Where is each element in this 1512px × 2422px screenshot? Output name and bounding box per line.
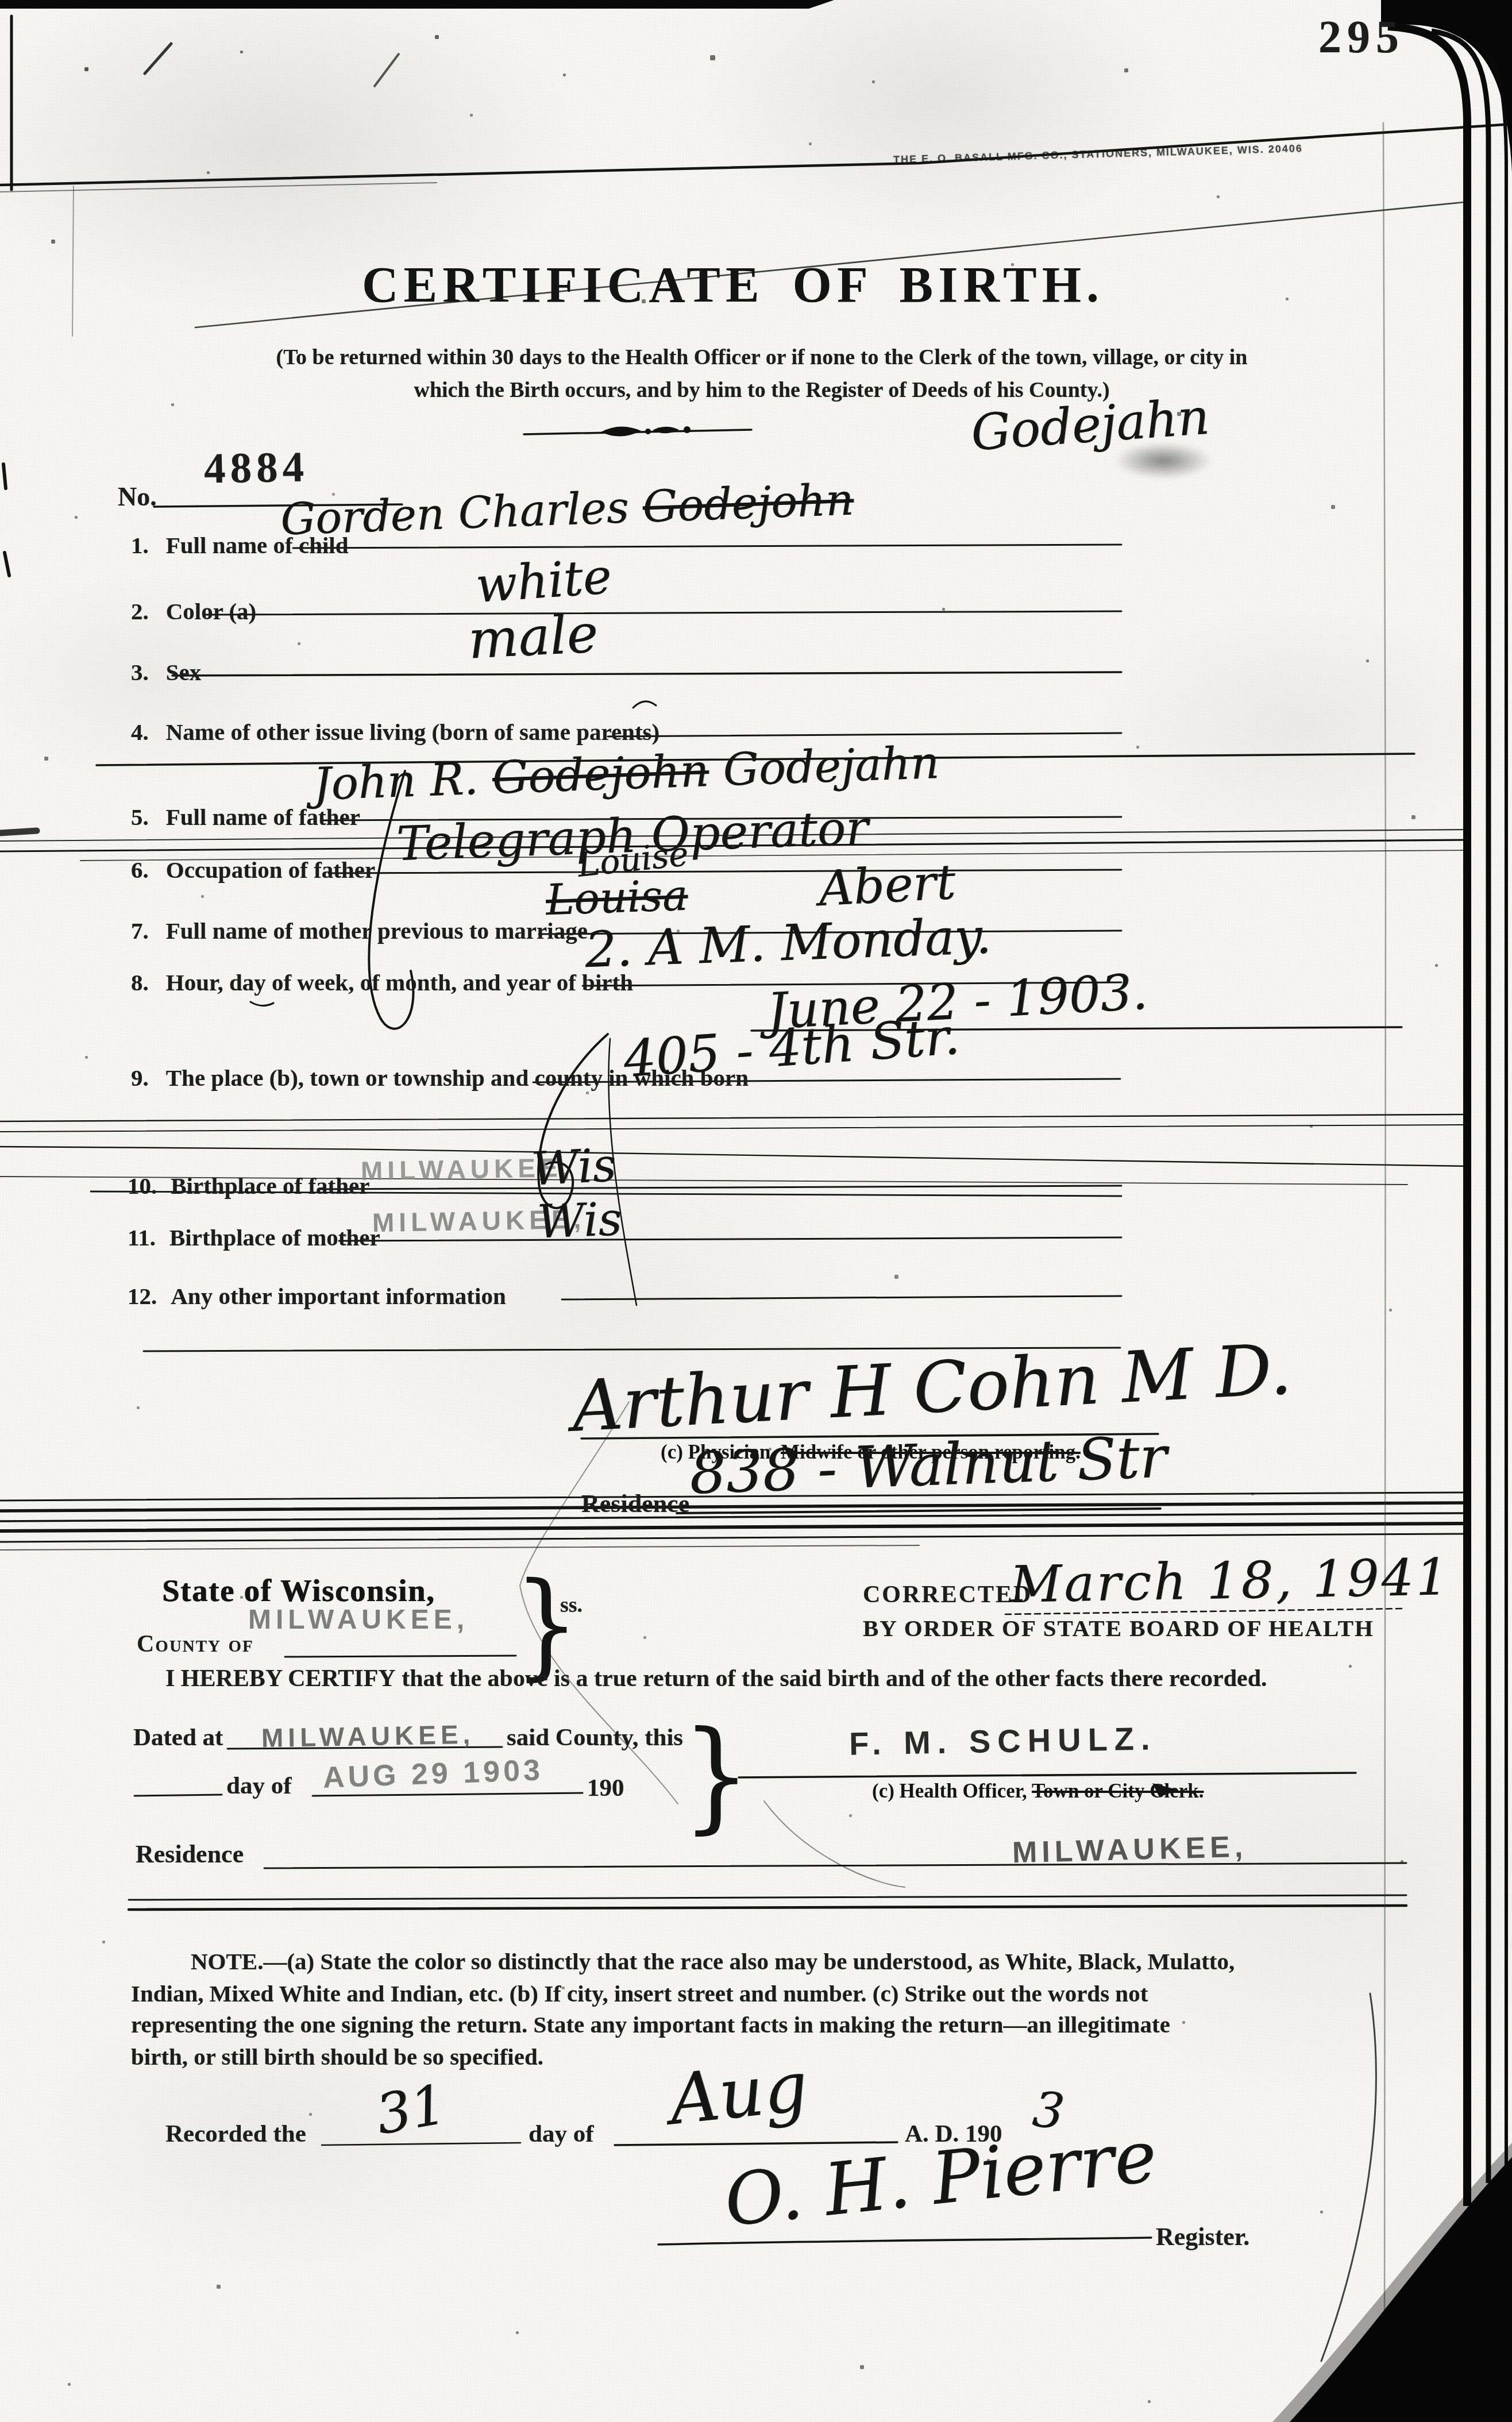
field-number: 3. (131, 658, 149, 686)
underline-item-6 (329, 870, 1121, 873)
page-fold-line (1383, 123, 1386, 2361)
county-label: County of (137, 1630, 254, 1658)
recorded-day-handwriting: 31 (371, 2073, 450, 2147)
year-prefix: 190 (587, 1774, 624, 1802)
field-text: Hour, day of week, of month, and year of… (166, 969, 633, 996)
health-officer-caption-struck: Town or City Clerk. (1032, 1780, 1204, 1802)
field-label-other-information: 12.Any other important information (128, 1282, 506, 1310)
health-officer-caption: (c) Health Officer, Town or City Clerk. (872, 1780, 1204, 1803)
child-surname-struck: Godejohn (642, 474, 854, 533)
residence-2-stamp: MILWAUKEE, (1012, 1830, 1248, 1871)
underline-recorded-month (615, 2142, 897, 2145)
recorded-day-of-label: day of (529, 2120, 593, 2148)
father-surname-struck: Godejohn (491, 745, 709, 804)
field-label-sex: 3.Sex (131, 658, 201, 686)
mother-maiden-name-handwriting: Abert (817, 854, 957, 917)
certify-bold: I HEREBY CERTIFY (165, 1665, 396, 1692)
underline-item-12 (562, 1296, 1121, 1299)
no-label: No. (118, 481, 157, 512)
field-label-color: 2.Color (a) (131, 597, 256, 625)
field-number: 12. (128, 1282, 157, 1310)
underline-item-10 (321, 1186, 1121, 1189)
underline-item-1 (293, 545, 1121, 548)
field-number: 9. (131, 1064, 149, 1092)
underline-item-11 (339, 1237, 1121, 1241)
field-text: Color (a) (166, 598, 257, 624)
underline-physician-residence (677, 1509, 1160, 1513)
note-line-3: representing the one signing the return.… (131, 2011, 1170, 2038)
field-number: 7. (131, 917, 149, 944)
underline-county (285, 1656, 516, 1657)
double-rule (129, 1895, 1406, 1910)
field-label-father-birthplace: 10.Birthplace of father (128, 1172, 369, 1200)
health-officer-caption-plain: (c) Health Officer, (872, 1780, 1027, 1802)
field-number: 5. (131, 803, 149, 831)
residence-2-label: Residence (136, 1839, 244, 1869)
document-title: CERTIFICATE OF BIRTH. (362, 256, 1097, 314)
county-stamp: MILWAUKEE, (248, 1604, 469, 1636)
certify-statement: I HEREBY CERTIFY that the above is a tru… (165, 1665, 1267, 1692)
field-number: 4. (131, 718, 149, 746)
ss-label: ss. (560, 1592, 583, 1618)
said-county-label: said County, this (507, 1723, 683, 1752)
register-label: Register. (1156, 2222, 1249, 2251)
recorded-month-handwriting: Aug (665, 2047, 811, 2141)
corrected-label: CORRECTED (863, 1581, 1032, 1609)
field-text: Birthplace of mother (169, 1224, 380, 1251)
field-number: 1. (131, 531, 149, 559)
father-surname-correction: Godejahn (722, 737, 940, 796)
note-line-2: Indian, Mixed White and Indian, etc. (b)… (131, 1980, 1148, 2007)
dated-place-stamp: MILWAUKEE, (261, 1719, 475, 1753)
flourish-divider (524, 426, 751, 437)
recorded-prefix-label: Recorded the (165, 2120, 306, 2148)
underline-item-2 (206, 611, 1121, 615)
birth-certificate-scan: 295 THE E. O. BASALL MFG. CO., STATIONER… (0, 0, 1512, 2422)
underline-item-3 (172, 672, 1121, 676)
father-birthplace-state-handwriting: Wis (530, 1138, 618, 1196)
corrected-date-handwriting: March 18, 1941 (1009, 1547, 1451, 1614)
dated-at-label: Dated at (133, 1723, 223, 1752)
field-text: Any other important information (171, 1283, 506, 1309)
field-label-mother-name: 7.Full name of mother previous to marria… (131, 917, 588, 944)
page-number: 295 (1318, 11, 1405, 64)
field-text: Name of other issue living (born of same… (166, 719, 659, 745)
field-text: Occupation of father (166, 857, 375, 883)
mother-birthplace-state-handwriting: Wis (536, 1192, 623, 1248)
note-line-4: birth, or still birth should be so speci… (131, 2043, 543, 2070)
field-label-birth-time: 8.Hour, day of week, of month, and year … (131, 969, 633, 996)
field-number: 10. (128, 1172, 157, 1200)
field-text: Birthplace of father (171, 1173, 369, 1199)
physician-residence-label: Residence (581, 1489, 689, 1518)
field-number: 6. (131, 856, 149, 884)
paper-speckles (0, 0, 1, 1)
certificate-number: 4884 (203, 442, 308, 493)
ink-smudge (1114, 442, 1212, 479)
field-label-father-occupation: 6.Occupation of father (131, 856, 375, 884)
day-of-label: day of (226, 1772, 291, 1800)
return-instruction-line-1: (To be returned within 30 days to the He… (239, 341, 1285, 374)
corrected-by-label: BY ORDER OF STATE BOARD OF HEALTH (863, 1614, 1374, 1642)
field-label-other-issue: 4.Name of other issue living (born of sa… (131, 718, 659, 746)
father-given-names: John R. (313, 753, 479, 811)
state-label: State of Wisconsin, (162, 1573, 435, 1609)
sex-handwriting: male (466, 603, 599, 671)
certification-brace: } (682, 1705, 751, 1846)
field-text: Full name of mother previous to marriage (166, 917, 588, 944)
field-text: Sex (166, 659, 202, 685)
field-label-mother-birthplace: 11.Birthplace of mother (128, 1224, 380, 1251)
field-number: 11. (128, 1224, 156, 1251)
underline-recorded-day (322, 2143, 520, 2145)
field-number: 2. (131, 597, 149, 625)
underline-health-officer (739, 1773, 1356, 1777)
underline-item-4 (608, 733, 1121, 736)
note-line-1: NOTE.—(a) State the color so distinctly … (191, 1947, 1235, 1975)
left-edge-marks (3, 16, 74, 576)
certify-rest: that the above is a true return of the s… (396, 1665, 1267, 1692)
underline-day-blank (134, 1795, 222, 1796)
field-number: 8. (131, 969, 149, 996)
health-officer-name-stamp: F. M. SCHULZ. (848, 1719, 1157, 1762)
